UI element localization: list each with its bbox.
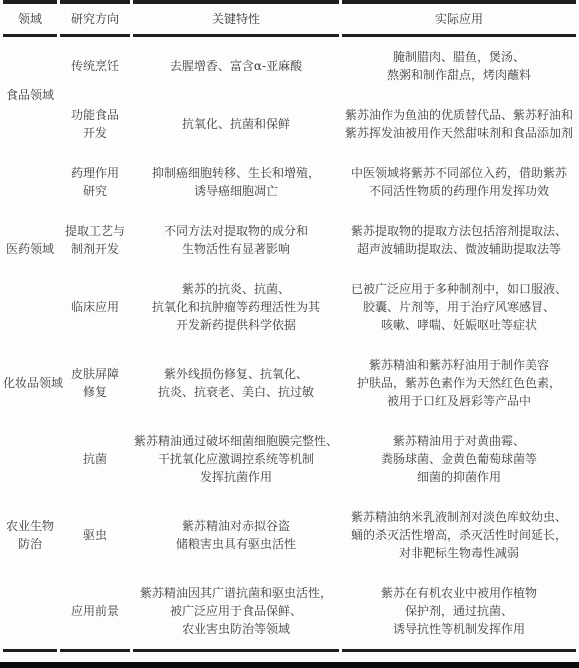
- table-row: 食品领域 传统烹饪 去腥增香、富含α-亚麻酸 腌制腊肉、腊鱼，煲汤、 熬粥和制作…: [3, 37, 576, 95]
- application-cell: 紫苏精油和紫苏籽油用于制作美容 护肤品，紫苏色素作为天然红色色素， 被用于口红及…: [342, 345, 576, 421]
- application-cell: 中医领域将紫苏不同部位入药，借助紫苏 不同活性物质的药理作用发挥功效: [342, 153, 576, 211]
- key-traits-cell: 不同方法对提取物的成分和 生物活性有显著影响: [133, 211, 339, 269]
- field-cell-agriculture: 农业生物 防治: [3, 421, 57, 652]
- table-row: 医药领域 药理作用 研究 抑制癌细胞转移、生长和增殖， 诱导癌细胞凋亡 中医领域…: [3, 153, 576, 211]
- application-cell: 紫苏精油纳米乳液制剂对淡色库蚊幼虫、 蛹的杀灭活性增高，杀灭活性时间延长， 对非…: [342, 497, 576, 573]
- key-traits-cell: 去腥增香、富含α-亚麻酸: [133, 37, 339, 95]
- col-header-application: 实际应用: [342, 0, 576, 37]
- table-row: 化妆品领域 皮肤屏障 修复 紫外线损伤修复、抗氧化、 抗炎、抗衰老、美白、抗过敏…: [3, 345, 576, 421]
- field-cell-food: 食品领域: [3, 37, 57, 153]
- direction-cell: 提取工艺与 制剂开发: [60, 211, 130, 269]
- key-traits-cell: 紫苏精油对赤拟谷盗 储粮害虫具有驱虫活性: [133, 497, 339, 573]
- key-traits-cell: 抗氧化、抗菌和保鲜: [133, 95, 339, 153]
- table-row: 功能食品 开发 抗氧化、抗菌和保鲜 紫苏油作为鱼油的优质替代品、紫苏籽油和 紫苏…: [3, 95, 576, 153]
- table-row: 应用前景 紫苏精油因其广谱抗菌和驱虫活性， 被广泛应用于食品保鲜、 农业害虫防治…: [3, 573, 576, 652]
- application-cell: 紫苏油作为鱼油的优质替代品、紫苏籽油和 紫苏挥发油被用作天然甜味剂和食品添加剂: [342, 95, 576, 153]
- key-traits-cell: 紫苏精油因其广谱抗菌和驱虫活性， 被广泛应用于食品保鲜、 农业害虫防治等领域: [133, 573, 339, 652]
- application-cell: 已被广泛应用于多种制剂中，如口服液、 胶囊、片剂等，用于治疗风寒感冒、 咳嗽、哮…: [342, 269, 576, 345]
- application-cell: 紫苏精油用于对黄曲霉、 粪肠球菌、金黄色葡萄球菌等 细菌的抑菌作用: [342, 421, 576, 497]
- col-header-field: 领域: [3, 0, 57, 37]
- perilla-applications-table: 领域 研究方向 关键特性 实际应用 食品领域 传统烹饪 去腥增香、富含α-亚麻酸…: [0, 0, 579, 652]
- col-header-key-traits: 关键特性: [133, 0, 339, 37]
- table-row: 临床应用 紫苏的抗炎、抗菌、 抗氧化和抗肿瘤等药理活性为其 开发新药提供科学依据…: [3, 269, 576, 345]
- key-traits-cell: 紫苏精油通过破坏细菌细胞膜完整性、 干扰氧化应激调控系统等机制 发挥抗菌作用: [133, 421, 339, 497]
- key-traits-cell: 紫外线损伤修复、抗氧化、 抗炎、抗衰老、美白、抗过敏: [133, 345, 339, 421]
- direction-cell: 应用前景: [60, 573, 130, 652]
- application-cell: 紫苏在有机农业中被用作植物 保护剂，通过抗菌、 诱导抗性等机制发挥作用: [342, 573, 576, 652]
- header-row: 领域 研究方向 关键特性 实际应用: [3, 0, 576, 37]
- table-row: 驱虫 紫苏精油对赤拟谷盗 储粮害虫具有驱虫活性 紫苏精油纳米乳液制剂对淡色库蚊幼…: [3, 497, 576, 573]
- direction-cell: 抗菌: [60, 421, 130, 497]
- direction-cell: 临床应用: [60, 269, 130, 345]
- key-traits-cell: 紫苏的抗炎、抗菌、 抗氧化和抗肿瘤等药理活性为其 开发新药提供科学依据: [133, 269, 339, 345]
- direction-cell: 药理作用 研究: [60, 153, 130, 211]
- field-cell-medicine: 医药领域: [3, 153, 57, 345]
- key-traits-cell: 抑制癌细胞转移、生长和增殖， 诱导癌细胞凋亡: [133, 153, 339, 211]
- table-row: 提取工艺与 制剂开发 不同方法对提取物的成分和 生物活性有显著影响 紫苏提取物的…: [3, 211, 576, 269]
- direction-cell: 传统烹饪: [60, 37, 130, 95]
- direction-cell: 驱虫: [60, 497, 130, 573]
- application-cell: 紫苏提取物的提取方法包括溶剂提取法、 超声波辅助提取法、微波辅助提取法等: [342, 211, 576, 269]
- table-row: 农业生物 防治 抗菌 紫苏精油通过破坏细菌细胞膜完整性、 干扰氧化应激调控系统等…: [3, 421, 576, 497]
- direction-cell: 功能食品 开发: [60, 95, 130, 153]
- col-header-direction: 研究方向: [60, 0, 130, 37]
- direction-cell: 皮肤屏障 修复: [60, 345, 130, 421]
- application-cell: 腌制腊肉、腊鱼，煲汤、 熬粥和制作甜点，烤肉蘸料: [342, 37, 576, 95]
- field-cell-cosmetics: 化妆品领域: [3, 345, 57, 421]
- scan-edge-band: [0, 662, 579, 668]
